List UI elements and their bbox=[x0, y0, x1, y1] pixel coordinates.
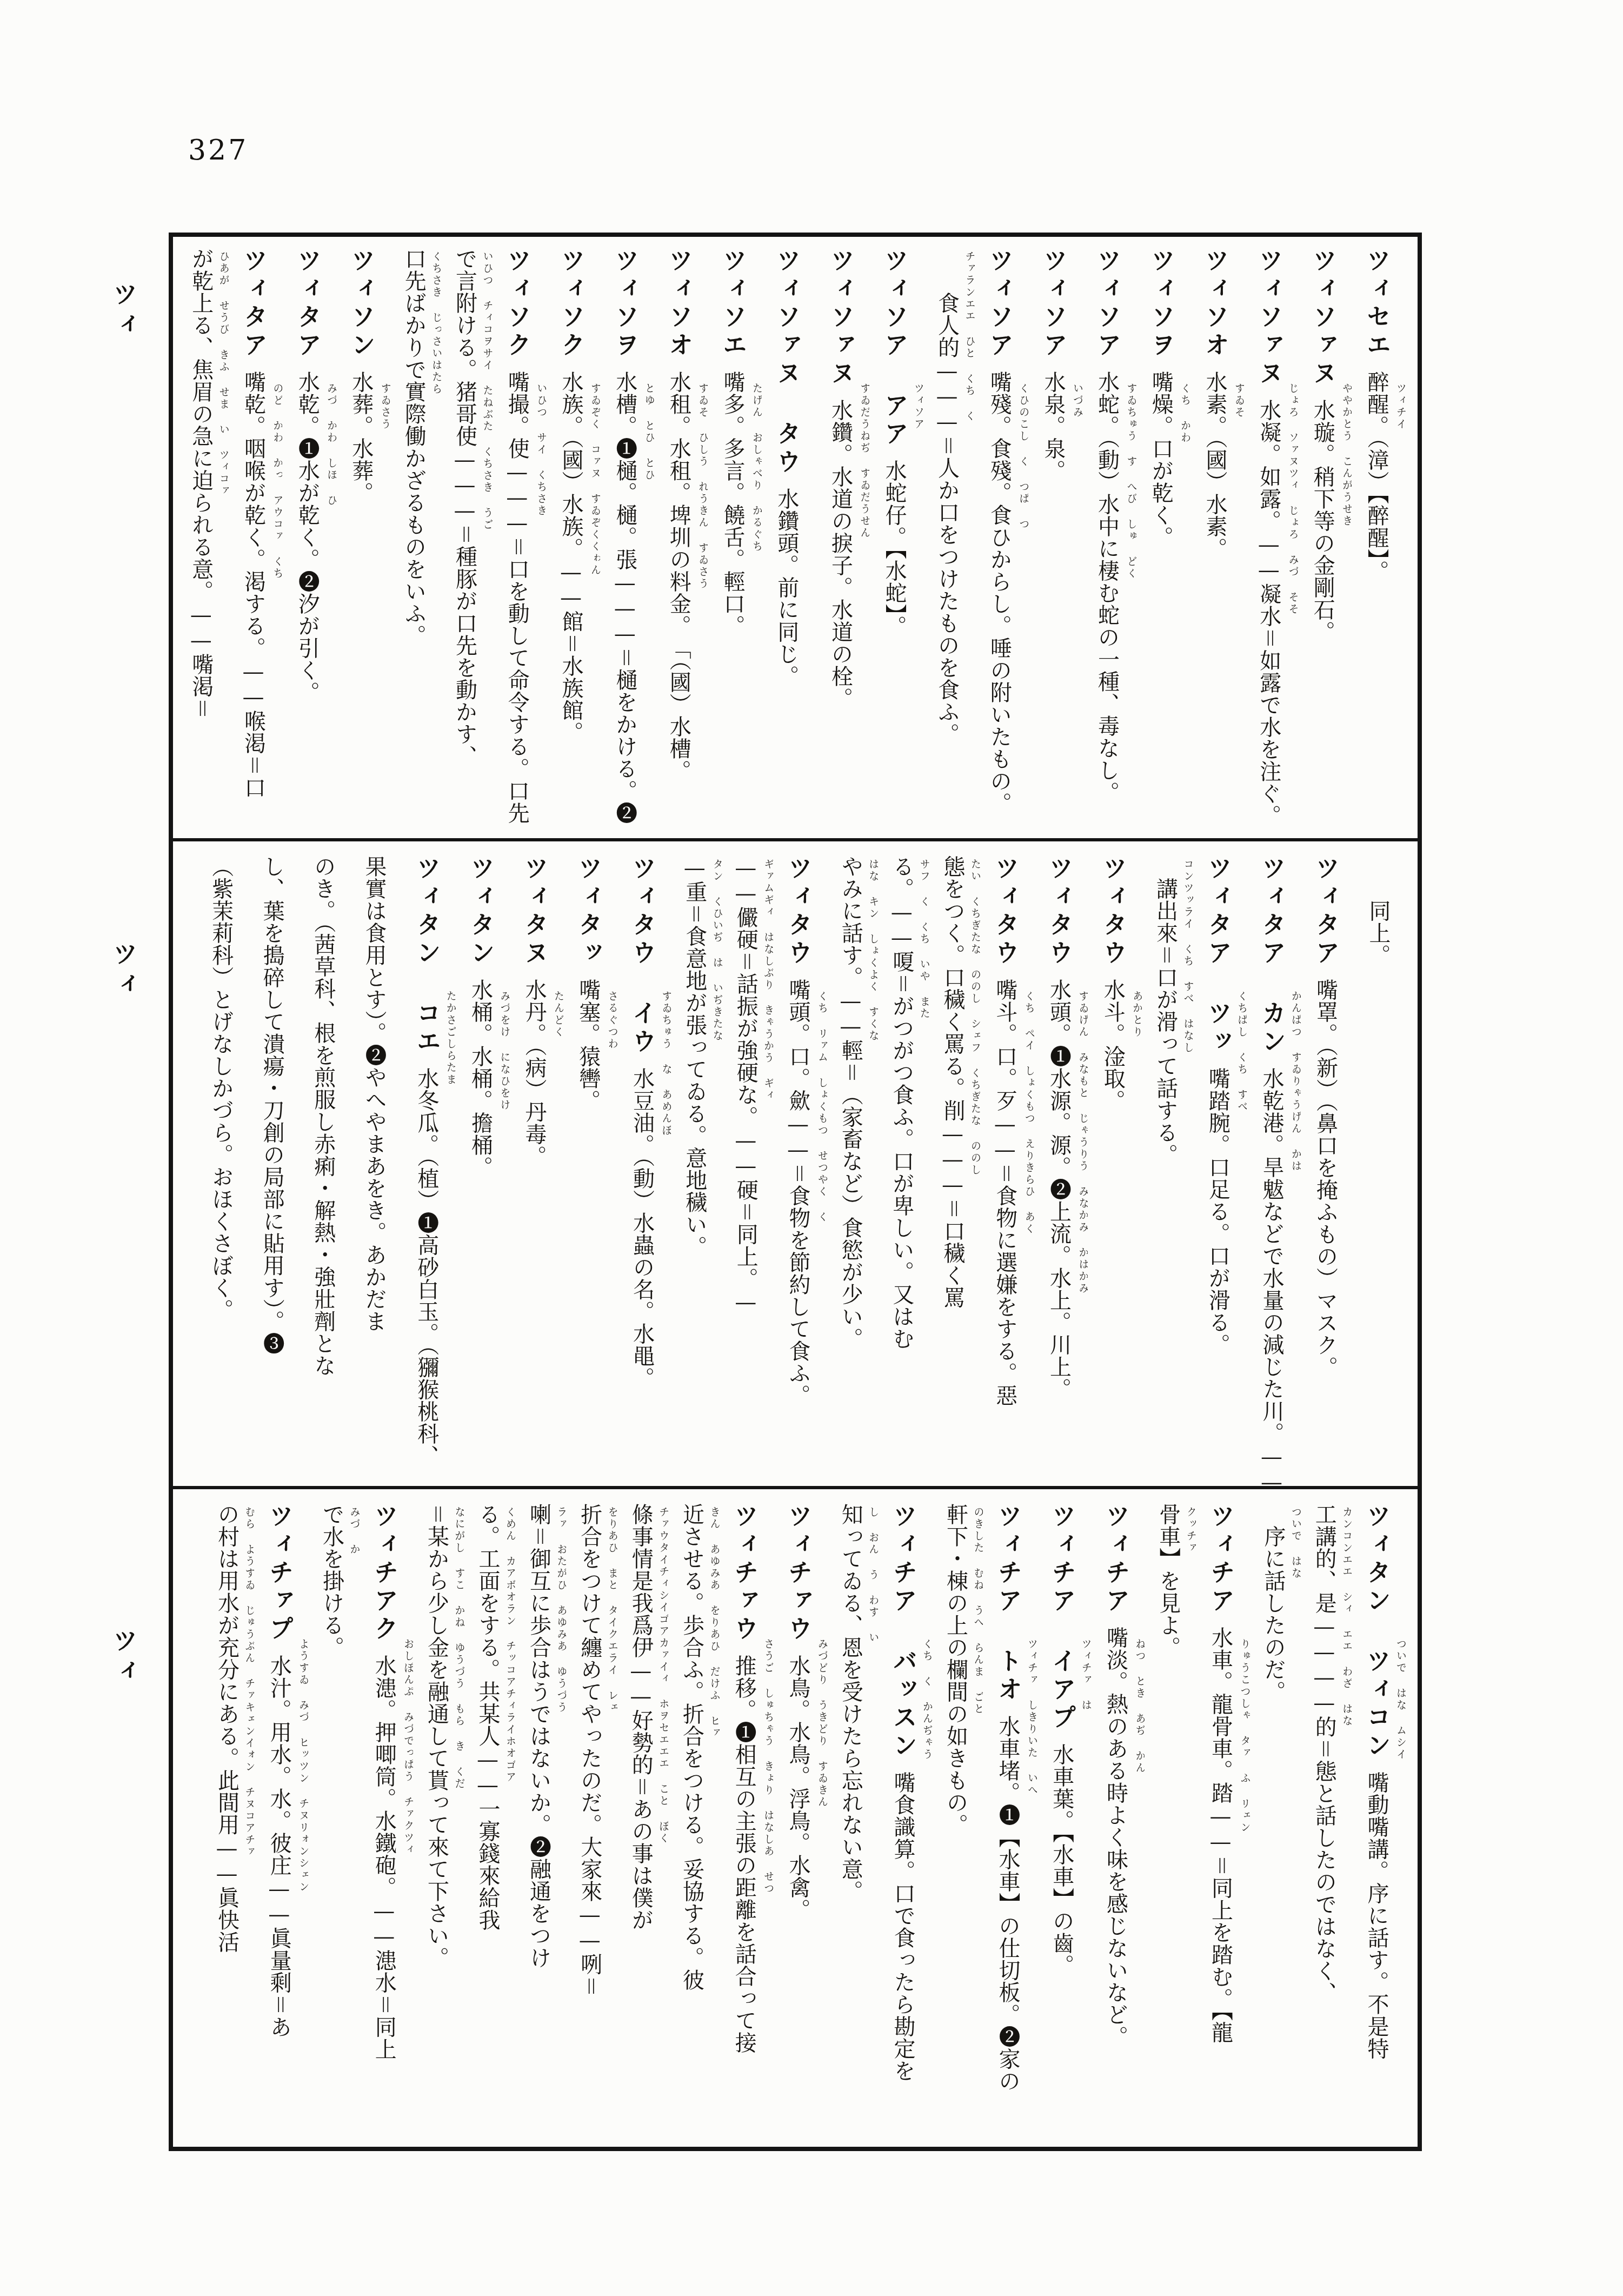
definition-text: 知ってゐる、恩を受けたら忘れない意。 bbox=[838, 1503, 863, 1902]
definition-text: 食人的———＝人か口をつけたものを食ふ。 bbox=[935, 248, 960, 745]
entry-column: クッチァ骨車】を見よ。 bbox=[1156, 1503, 1193, 2136]
definition-text: 工講的、是————的＝態と話したのではなく、 bbox=[1312, 1503, 1336, 2004]
furigana-ruby: いづみ bbox=[1072, 383, 1082, 419]
furigana-ruby: さうご しゅちゃう きょり はなしあ せつ bbox=[763, 1638, 773, 1895]
furigana-ruby: すゐちゅう す へび しゅ どく bbox=[1126, 383, 1136, 580]
definition-text: 水鳥。水鳥。浮鳥。水禽。 bbox=[786, 1655, 810, 1921]
furigana-ruby: はな キン しょくよく すくな bbox=[868, 859, 878, 1042]
definition-text: 水素。（國）水素。 bbox=[1202, 371, 1227, 560]
definition-text: 水乾港。旱魃などで水量の減じた川。——— bbox=[1259, 1067, 1284, 1489]
furigana-ruby: きん あゆみあ をりあひ だけふ ヒァ bbox=[709, 1507, 720, 1739]
furigana-ruby: カンコンエエ シィ エエ わざ はな bbox=[1341, 1507, 1352, 1727]
entry-column: たかさごしらたまツィタン コエ水冬瓜。（植）❶高砂白玉。（獼猴桃科、 bbox=[414, 855, 454, 1475]
furigana-ruby: とゆ とひ とひ bbox=[644, 383, 654, 481]
furigana-ruby: かんばつ すゐりゃうげん かは bbox=[1291, 991, 1301, 1172]
entry-column: ついで はな ムシイツィタン ツィコン嘴動嘴講。序に話す。不是特 bbox=[1363, 1503, 1404, 2136]
definition-text: 水丹。（病）丹毒。 bbox=[522, 979, 547, 1167]
headword-kana: ツィタウ bbox=[784, 855, 813, 968]
definition-text: 嘴塞。猿轡。 bbox=[576, 979, 601, 1112]
definition-text: 水蛇。（動）水中に棲む蛇の一種、毒なし。 bbox=[1095, 371, 1120, 804]
furigana-ruby: のど かわ かっ アウコァ くち bbox=[272, 383, 282, 580]
entry-column: のきした むね うへ らんま ごと軒下・棟の上の欄間の如きもの。 bbox=[944, 1503, 981, 2136]
definition-text: 水頭。❶水源。源。❷上流。水上。川上。 bbox=[1046, 979, 1071, 1400]
furigana-ruby: チァウタイチィシイゴアカァイィ ホヲセエエエ こと ぼく bbox=[658, 1507, 668, 1844]
definition-text: 果實は食用とす）。❷やへやまあをき。あかだま bbox=[362, 855, 387, 1332]
definition-text: 水葬。水葬。 bbox=[349, 371, 374, 504]
furigana-ruby: あかとり bbox=[1132, 991, 1142, 1038]
headword-kana: ツィソア アア bbox=[880, 248, 909, 449]
headword-kana: ツィタッ bbox=[574, 855, 603, 968]
definition-text: 講出來＝口が滑って話する。 bbox=[1153, 855, 1178, 1166]
furigana-ruby: ややかとう こんがうせき bbox=[1341, 383, 1352, 527]
definition-text: 同上。 bbox=[1366, 855, 1391, 966]
headword-kana: ツィソァヌ タウ bbox=[773, 248, 801, 477]
furigana-ruby: たかさごしらたま bbox=[445, 991, 456, 1086]
entry-column: あかとりツィタウ水斗。淦取。 bbox=[1100, 855, 1140, 1475]
definition-text: 軒下・棟の上の欄間の如きもの。 bbox=[943, 1503, 968, 1836]
entry-column: ツィソアツィソア アア水蛇仔。【水蛇】。 bbox=[881, 248, 921, 827]
headword-kana: ツィタア bbox=[239, 248, 268, 360]
headword-kana: ツィソオ bbox=[664, 248, 693, 360]
entry-column: し、葉を搗碎して潰瘍・刀創の局部に貼用す）。❸ bbox=[261, 855, 297, 1475]
entry-column: チァランエエ ひと くち く 食人的———＝人か口をつけたものを食ふ。 bbox=[935, 248, 972, 827]
definition-text: 嘴動嘴講。序に話す。不是特 bbox=[1364, 1771, 1389, 2060]
headword-kana: ツィタヌ bbox=[520, 855, 549, 968]
furigana-ruby: ツィチァ は bbox=[1081, 1638, 1091, 1711]
definition-text: 嘴乾。咽喉が乾く。渇する。——喉渇＝口 bbox=[241, 371, 265, 799]
definition-text: 水乾。❶水が乾く。❷汐が引く。 bbox=[295, 371, 320, 704]
headword-kana: ツィソヲ bbox=[1147, 248, 1175, 360]
definition-text: 水槽。❶樋。樋。張———＝樋をかける。❷ bbox=[613, 371, 637, 824]
furigana-ruby: ついで はな ムシイ bbox=[1395, 1638, 1406, 1761]
headword-kana: ツィソオ bbox=[1201, 248, 1229, 360]
definition-text: 骨車】を見よ。 bbox=[1156, 1503, 1181, 1658]
entry-column: くち リァム しょくもつ せつやく くツィタウ嘴頭。口。歛——＝食物を節約して食… bbox=[785, 855, 825, 1475]
entry-column: いひつ サイ くちさきツィソク嘴撮。使———＝口を動して命令する。口先 bbox=[504, 248, 544, 827]
definition-text: で言附ける。猪哥使———＝種豚が口先を動かす、 bbox=[453, 248, 477, 767]
definition-text: 口先ばかりで實際働かざるものをいふ。 bbox=[401, 248, 426, 647]
headword-kana: ツィタウ bbox=[1099, 855, 1127, 968]
entry-column: たげん おしゃべり かるぐちツィソエ嘴多。多言。饒舌。輕口。 bbox=[720, 248, 760, 827]
definition-text: 水鑽。水道の捩子。水道の栓。 bbox=[828, 399, 853, 709]
furigana-ruby: すゐだうねぢ すゐだうせん bbox=[859, 383, 869, 539]
definition-text: （紫茉莉科）とげなしかづら。おほくさぼく。 bbox=[209, 855, 234, 1321]
entry-column: いひつ チィコヲサイ たねぶた くちさき うごで言附ける。猪哥使———＝種豚が口… bbox=[453, 248, 490, 827]
entry-column: はな キン しょくよく すくなやみに話す。——輕＝（家畜など）食慾が少い。 bbox=[839, 855, 876, 1475]
definition-text: 折合をつけて纏めてやったのだ。大家來——咧＝ bbox=[577, 1503, 602, 1998]
definition-text: 水車葉。【水車】の齒。 bbox=[1049, 1743, 1074, 1976]
headword-kana: ツィタウ bbox=[1045, 855, 1073, 968]
definition-text: が乾上る、焦眉の急に迫られる意。——嘴渇＝ bbox=[189, 248, 214, 720]
headword-kana: ツィチァウ bbox=[784, 1503, 813, 1644]
entry-column: 果實は食用とす）。❷やへやまあをき。あかだま bbox=[363, 855, 400, 1475]
headword-kana: ツィチア トオ bbox=[994, 1503, 1022, 1704]
furigana-ruby: をりあひ まと タイクエライ レェ bbox=[607, 1507, 617, 1714]
entry-column: のき。（茜草科、根を煎服し赤痢・解熱・強壯劑とな bbox=[311, 855, 348, 1475]
furigana-ruby: ツィソア bbox=[913, 383, 923, 430]
headword-kana: ツィソァヌ bbox=[1308, 248, 1337, 388]
furigana-ruby: のきした むね うへ らんま ごと bbox=[973, 1507, 983, 1715]
definition-text: ——儼硬＝話振が強硬な。——硬＝同上。— bbox=[733, 855, 758, 1315]
definition-text: —重＝食意地が張ってゐる。意地穢い。 bbox=[682, 855, 707, 1258]
furigana-ruby: なにがし すこ かね ゆうづう もら き くだ bbox=[454, 1507, 464, 1790]
furigana-ruby: じょろ ソァヌツィ じょろ みづ そそ bbox=[1288, 383, 1298, 615]
furigana-ruby: むら ようすゐ じゅうぶん チァキェンイォン チヌコアチァ bbox=[244, 1507, 254, 1858]
entry-column: くちばし くち すべツィタア ツッ嘴踏腕。口足る。口が滑る。 bbox=[1205, 855, 1245, 1475]
definition-text: 推移。❶相互の主張の距離を話合って接 bbox=[731, 1655, 756, 2054]
furigana-ruby: ラァ おたがひ あゆみあ ゆうづう bbox=[556, 1507, 566, 1714]
furigana-ruby: いひつ チィコヲサイ たねぶた くちさき うご bbox=[482, 251, 493, 531]
headword-kana: ツィタア bbox=[293, 248, 322, 360]
entry-column: すゐだうねぢ すゐだうせんツィソァヌ水鑽。水道の捩子。水道の栓。 bbox=[828, 248, 868, 827]
entry-column: くめん カアボオラン チッコアチィライホオゴアる。工面をする。共某人——一寡錢來… bbox=[476, 1503, 513, 2136]
entry-column: チァウタイチィシイゴアカァイィ ホヲセエエエ こと ぼく條事情是我爲伊——好勢的… bbox=[629, 1503, 666, 2136]
entry-column: くちさき じっさいはたら口先ばかりで實際働かざるものをいふ。 bbox=[402, 248, 439, 827]
definition-text: 嘴淡。熱のある時よく味を感じないなど。 bbox=[1103, 1627, 1128, 2048]
entry-column: すゐぞく コァヌ すゐぞくくゎんツィソク水族。（國）水族。——館＝水族館。 bbox=[558, 248, 598, 827]
entry-column: し おん う わす い知ってゐる、恩を受けたら忘れない意。 bbox=[839, 1503, 876, 2136]
dictionary-band-top: ツィチイツィセエ醉醒。（漳）【醉醒】。ややかとう こんがうせきツィソァヌ水璇。稍… bbox=[173, 237, 1418, 841]
headword-kana: ツィタン ツィコン bbox=[1362, 1503, 1391, 1761]
entry-column: くひのこし く つば つツィソア嘴殘。食殘。食ひからし。唾の附いたもの。 bbox=[987, 248, 1027, 827]
headword-kana: ツィソア bbox=[1093, 248, 1122, 360]
headword-kana: ツィソア bbox=[985, 248, 1014, 360]
furigana-ruby: たい くちぎたな ののし シェフ くちぎたな ののし bbox=[970, 859, 980, 1176]
entry-column: ツィタア嘴罩。（新）（鼻口を掩ふもの）マスク。 bbox=[1313, 855, 1353, 1475]
margin-guide-label: ツィ bbox=[106, 1628, 142, 1688]
headword-kana: ツィチァウ bbox=[730, 1503, 759, 1644]
headword-kana: ツィタア カン bbox=[1258, 855, 1286, 1057]
entry-column: ラァ おたがひ あゆみあ ゆうづう喇＝御互に歩合はうではないか。❷融通をつけ bbox=[527, 1503, 564, 2136]
furigana-ruby: ツィチァ しきりいた いへ bbox=[1027, 1638, 1037, 1796]
entry-column: カンコンエエ シィ エエ わざ はな工講的、是————的＝態と話したのではなく、 bbox=[1313, 1503, 1349, 2136]
entry-column: じょろ ソァヌツィ じょろ みづ そそツィソァヌ水凝。如露。——凝水＝如露で水を… bbox=[1256, 248, 1296, 827]
entry-column: ツィソァヌ タウ水鑽頭。前に同じ。 bbox=[774, 248, 814, 827]
entry-column: ややかとう こんがうせきツィソァヌ水璇。稍下等の金剛石。 bbox=[1310, 248, 1350, 827]
headword-kana: ツィタウ bbox=[991, 855, 1020, 968]
definition-text: 水璇。稍下等の金剛石。 bbox=[1310, 399, 1335, 643]
definition-text: る。工面をする。共某人——一寡錢來給我 bbox=[475, 1503, 500, 1931]
furigana-ruby: くち く かんぢゃう bbox=[922, 1638, 932, 1761]
definition-text: 條事情是我爲伊——好勢的＝あの事は僕が bbox=[628, 1503, 653, 1931]
entry-column: すゐそツィソオ水素。（國）水素。 bbox=[1202, 248, 1242, 827]
dictionary-band-middle: 同上。ツィタア嘴罩。（新）（鼻口を掩ふもの）マスク。かんばつ すゐりゃうげん か… bbox=[173, 845, 1418, 1489]
entry-column: なにがし すこ かね ゆうづう もら き くだ＝某から少し金を融通して貰って來て… bbox=[425, 1503, 462, 2136]
definition-text: 嘴撮。使———＝口を動して命令する。口先 bbox=[504, 371, 529, 824]
definition-text: 嘴多。多言。饒舌。輕口。 bbox=[720, 371, 745, 637]
margin-guide-label: ツィ bbox=[106, 941, 142, 1001]
definition-text: のき。（茜草科、根を煎服し赤痢・解熱・強壯劑とな bbox=[311, 855, 336, 1377]
entry-column: をりあひ まと タイクエライ レェ折合をつけて纏めてやったのだ。大家來——咧＝ bbox=[578, 1503, 615, 2136]
headword-kana: ツィタン bbox=[466, 855, 495, 968]
definition-text: 水車堵。❶【水車】の仕切板。❷家の bbox=[995, 1715, 1020, 2092]
definition-text: 嘴食識算。口で食ったら勘定を bbox=[890, 1771, 915, 2082]
entry-column: みづをけ になひをけツィタン水桶。水桶。擔桶。 bbox=[468, 855, 508, 1475]
definition-text: 水斗。淦取。 bbox=[1100, 979, 1125, 1112]
furigana-ruby: くひのこし く つば つ bbox=[1018, 383, 1028, 530]
entry-column: りゅうこつしゃ タァ ふ リェンツィチア水車。龍骨車。踏——＝同上を踏む。【龍 bbox=[1208, 1503, 1248, 2136]
headword-kana: ツィチア バッスン bbox=[889, 1503, 917, 1761]
definition-text: 水蛇仔。【水蛇】。 bbox=[882, 460, 907, 638]
furigana-ruby: すゐさう bbox=[380, 383, 390, 430]
page-frame: ツィチイツィセエ醉醒。（漳）【醉醒】。ややかとう こんがうせきツィソァヌ水璇。稍… bbox=[169, 233, 1422, 2151]
furigana-ruby: し おん う わす い bbox=[868, 1507, 878, 1644]
furigana-ruby: すゐぞく コァヌ すゐぞくくゎん bbox=[590, 383, 600, 576]
furigana-ruby: すゐそ bbox=[1234, 383, 1244, 419]
furigana-ruby: いひつ サイ くちさき bbox=[536, 383, 546, 517]
furigana-ruby: ギァムギィ はなしぶり きゃうかう ギィ bbox=[763, 859, 773, 1101]
definition-text: 水族。（國）水族。——館＝水族館。 bbox=[558, 371, 583, 744]
definition-text: 態をつく。口穢く罵る。削———＝口穢く罵 bbox=[940, 855, 965, 1309]
entry-column: すゐちゅう す へび しゅ どくツィソア水蛇。（動）水中に棲む蛇の一種、毒なし。 bbox=[1094, 248, 1134, 827]
definition-text: 水汁。用水。水。彼庄——眞量剩＝あ bbox=[267, 1655, 291, 2038]
entry-column: ツィチァ はツィチア イアプ水車葉。【水車】の齒。 bbox=[1049, 1503, 1089, 2136]
definition-text: やみに話す。——輕＝（家畜など）食慾が少い。 bbox=[838, 855, 863, 1350]
entry-column: みづどり うきどり すゐきんツィチァウ水鳥。水鳥。浮鳥。水禽。 bbox=[785, 1503, 825, 2136]
entry-column: のど かわ かっ アウコァ くちツィタア嘴乾。咽喉が乾く。渇する。——喉渇＝口 bbox=[241, 248, 281, 827]
entry-column: くち かわツィソヲ嘴燥。口が乾く。 bbox=[1148, 248, 1188, 827]
entry-column: ギァムギィ はなしぶり きゃうかう ギィ——儼硬＝話振が強硬な。——硬＝同上。— bbox=[734, 855, 771, 1475]
headword-kana: ツィソヲ bbox=[611, 248, 640, 360]
furigana-ruby: おしぽんぷ みづでっぱう チァクツィ bbox=[403, 1638, 413, 1856]
entry-column: ツィチイツィセエ醉醒。（漳）【醉醒】。 bbox=[1363, 248, 1404, 827]
definition-text: 嘴殘。食殘。食ひからし。唾の附いたもの。 bbox=[987, 371, 1012, 814]
definition-text: 水租。水租。埤圳の料金。 「（國）水槽。 bbox=[666, 371, 691, 782]
definition-text: 水豆油。（動）水蟲の名。水黽。 bbox=[629, 1067, 654, 1389]
furigana-ruby: みづをけ になひをけ bbox=[499, 991, 509, 1111]
furigana-ruby: たげん おしゃべり かるぐち bbox=[751, 383, 762, 553]
definition-text: 水鑽頭。前に同じ。 bbox=[774, 488, 799, 687]
headword-kana: ツィソァヌ bbox=[826, 248, 855, 388]
definition-text: る。——嗄＝がつがつ食ふ。口が卑しい。又はむ bbox=[889, 855, 914, 1350]
entry-column: （紫茉莉科）とげなしかづら。おほくさぼく。 bbox=[209, 855, 246, 1475]
definition-text: 水凝。如露。——凝水＝如露で水を注ぐ。 bbox=[1256, 399, 1281, 827]
definition-text: 嘴罩。（新）（鼻口を掩ふもの）マスク。 bbox=[1313, 979, 1338, 1378]
entry-column: さるぐつわツィタッ嘴塞。猿轡。 bbox=[575, 855, 615, 1475]
headword-kana: ツィタウ イウ bbox=[628, 855, 656, 1057]
furigana-ruby: さるぐつわ bbox=[607, 991, 617, 1050]
furigana-ruby: ようすゐ みづ ヒッツン チヌリォンシェン bbox=[298, 1638, 308, 1893]
entry-column: すゐちゅう な あめんぼツィタウ イウ水豆油。（動）水蟲の名。水黽。 bbox=[629, 855, 669, 1475]
furigana-ruby: くち かわ bbox=[1180, 383, 1190, 444]
entry-column: ようすゐ みづ ヒッツン チヌリォンシェンツィチァプ水汁。用水。水。彼庄——眞量… bbox=[266, 1503, 306, 2136]
entry-column: たい くちぎたな ののし シェフ くちぎたな ののし態をつく。口穢く罵る。削——… bbox=[941, 855, 978, 1475]
entry-column: コンツッライ くち すべ はなし 講出來＝口が滑って話する。 bbox=[1154, 855, 1190, 1475]
headword-kana: ツィチア イアプ bbox=[1048, 1503, 1076, 1733]
entry-column: いづみツィソア水泉。泉。 bbox=[1040, 248, 1080, 827]
headword-kana: ツィチア bbox=[1101, 1503, 1130, 1616]
furigana-ruby: くめん カアボオラン チッコアチィライホオゴア bbox=[505, 1507, 515, 1783]
entry-column: みづ かわ しほ ひツィタア水乾。❶水が乾く。❷汐が引く。 bbox=[294, 248, 334, 827]
definition-text: の村は用水が充分にある。此間用——眞快活 bbox=[214, 1503, 239, 1953]
headword-kana: ツィチァプ bbox=[265, 1503, 294, 1644]
definition-text: 嘴頭。口。歛——＝食物を節約して食ふ。 bbox=[786, 979, 810, 1406]
furigana-ruby: ひあが せうび きふ せま い ツィコァ bbox=[218, 251, 229, 497]
entry-column: くち ペイ しょくもつ えりきらひ あくツィタウ嘴斗。口。歹——＝食物に選嫌をす… bbox=[992, 855, 1032, 1475]
dictionary-band-bottom: ついで はな ムシイツィタン ツィコン嘴動嘴講。序に話す。不是特カンコンエエ シ… bbox=[173, 1492, 1418, 2147]
entry-column: とゆ とひ とひツィソヲ水槽。❶樋。樋。張———＝樋をかける。❷ bbox=[612, 248, 652, 827]
definition-text: 水泉。泉。 bbox=[1041, 371, 1066, 482]
definition-text: 水車。龍骨車。踏——＝同上を踏む。【龍 bbox=[1208, 1627, 1233, 2043]
furigana-ruby: コンツッライ くち すべ はなし bbox=[1183, 859, 1193, 1054]
definition-text: 嘴踏腕。口足る。口が滑る。 bbox=[1205, 1067, 1230, 1356]
furigana-ruby: くちさき じっさいはたら bbox=[431, 251, 441, 395]
headword-kana: ツィソァヌ bbox=[1255, 248, 1283, 388]
headword-kana: ツィタン コエ bbox=[413, 855, 441, 1057]
definition-text: ＝某から少し金を融通して貰って來て下さい。 bbox=[424, 1503, 449, 1969]
headword-kana: ツィソエ bbox=[719, 248, 747, 360]
margin-guide-label: ツィ bbox=[106, 281, 142, 342]
furigana-ruby: すゐげん みなもと じゃうりう みなかみ かはかみ bbox=[1077, 991, 1088, 1295]
furigana-ruby: ついで はな bbox=[1291, 1507, 1301, 1580]
definition-text: 嘴斗。口。歹——＝食物に選嫌をする。惡 bbox=[993, 979, 1017, 1406]
furigana-ruby: りゅうこつしゃ タァ ふ リェン bbox=[1240, 1638, 1250, 1834]
definition-text: 喇＝御互に歩合はうではないか。❷融通をつけ bbox=[526, 1503, 551, 1969]
definition-text: 水漶。押唧筒。水鐵砲。——漶水＝同上 bbox=[371, 1655, 396, 2060]
furigana-ruby: くちばし くち すべ bbox=[1236, 991, 1247, 1113]
furigana-ruby: くち ペイ しょくもつ えりきらひ あく bbox=[1024, 991, 1034, 1235]
entry-column: さうご しゅちゃう きょり はなしあ せつツィチァウ推移。❶相互の主張の距離を話… bbox=[731, 1503, 771, 2136]
page-number: 327 bbox=[188, 134, 248, 167]
furigana-ruby: くち リァム しょくもつ せつやく く bbox=[817, 991, 827, 1223]
entry-column: くち く かんぢゃうツィチア バッスン嘴食識算。口で食ったら勘定を bbox=[890, 1503, 930, 2136]
headword-kana: ツィソク bbox=[557, 248, 586, 360]
furigana-ruby: みづ か bbox=[349, 1507, 360, 1556]
headword-kana: ツィセエ bbox=[1362, 248, 1391, 360]
furigana-ruby: みづどり うきどり すゐきん bbox=[817, 1638, 827, 1808]
entry-column: おしぽんぷ みづでっぱう チァクツィツィチアク水漶。押唧筒。水鐵砲。——漶水＝同… bbox=[371, 1503, 411, 2136]
entry-column: ついで はな 序に話したのだ。 bbox=[1262, 1503, 1299, 2136]
furigana-ruby: ねつ とき あぢ かん bbox=[1134, 1638, 1145, 1774]
entry-column: かんばつ すゐりゃうげん かはツィタア カン水乾港。旱魃などで水量の減じた川。—… bbox=[1259, 855, 1299, 1475]
entry-column: 同上。 bbox=[1367, 855, 1404, 1475]
definition-text: 水冬瓜。（植）❶高砂白玉。（獼猴桃科、 bbox=[414, 1067, 439, 1467]
furigana-ruby: ツィチイ bbox=[1395, 383, 1406, 430]
headword-kana: ツィタア bbox=[1312, 855, 1340, 968]
headword-kana: ツィチアク bbox=[370, 1503, 398, 1644]
entry-column: ねつ とき あぢ かんツィチア嘴淡。熱のある時よく味を感じないなど。 bbox=[1103, 1503, 1143, 2136]
furigana-ruby: すゐそ ひしう れうきん すゐさう bbox=[697, 383, 708, 590]
entry-column: ひあが せうび きふ せま い ツィコァが乾上る、焦眉の急に迫られる意。——嘴渇… bbox=[189, 248, 226, 827]
entry-column: すゐげん みなもと じゃうりう みなかみ かはかみツィタウ水頭。❶水源。源。❷上… bbox=[1046, 855, 1086, 1475]
furigana-ruby: チァランエエ ひと くち く bbox=[965, 251, 975, 422]
definition-text: し、葉を搗碎して潰瘍・刀創の局部に貼用す）。❸ bbox=[260, 855, 284, 1355]
definition-text: で水を掛ける。 bbox=[320, 1503, 344, 1658]
entry-column: すゐそ ひしう れうきん すゐさうツィソオ水租。水租。埤圳の料金。 「（國）水槽… bbox=[666, 248, 706, 827]
definition-text: 序に話したのだ。 bbox=[1261, 1503, 1286, 1703]
headword-kana: ツィソク bbox=[503, 248, 531, 360]
headword-kana: ツィソア bbox=[1039, 248, 1068, 360]
furigana-ruby: クッチァ bbox=[1186, 1507, 1196, 1554]
definition-text: 醉醒。（漳）【醉醒】。 bbox=[1364, 371, 1389, 582]
entry-column: ツィチァ しきりいた いへツィチア トオ水車堵。❶【水車】の仕切板。❷家の bbox=[995, 1503, 1035, 2136]
furigana-ruby: すゐちゅう な あめんぼ bbox=[661, 991, 671, 1137]
furigana-ruby: サフ く くち いや また bbox=[919, 859, 929, 1020]
entry-column: むら ようすゐ じゅうぶん チァキェンイォン チヌコアチァの村は用水が充分にある… bbox=[215, 1503, 252, 2136]
entry-column: サフ く くち いや またる。——嗄＝がつがつ食ふ。口が卑しい。又はむ bbox=[890, 855, 927, 1475]
definition-text: 水桶。水桶。擔桶。 bbox=[468, 979, 493, 1178]
definition-text: 近させる。歩合ふ。折合をつける。妥協する。彼 bbox=[680, 1503, 704, 1991]
entry-column: きん あゆみあ をりあひ だけふ ヒァ近させる。歩合ふ。折合をつける。妥協する。… bbox=[680, 1503, 717, 2136]
dictionary-page-scan: 327 ツィ ツィ ツィ ツィチイツィセエ醉醒。（漳）【醉醒】。ややかとう こん… bbox=[0, 0, 1623, 2296]
furigana-ruby: みづ かわ しほ ひ bbox=[326, 383, 336, 507]
entry-column: みづ かで水を掛ける。 bbox=[320, 1503, 357, 2136]
headword-kana: ツィソン bbox=[347, 248, 376, 360]
headword-kana: ツィチア bbox=[1207, 1503, 1235, 1616]
entry-column: タン くひいぢ は いぢきたな—重＝食意地が張ってゐる。意地穢い。 bbox=[683, 855, 720, 1475]
entry-column: たんどくツィタヌ水丹。（病）丹毒。 bbox=[521, 855, 561, 1475]
definition-text: 嘴燥。口が乾く。 bbox=[1148, 371, 1173, 548]
headword-kana: ツィタア ツッ bbox=[1203, 855, 1232, 1057]
entry-column: すゐさうツィソン水葬。水葬。 bbox=[348, 248, 388, 827]
furigana-ruby: たんどく bbox=[553, 991, 563, 1038]
furigana-ruby: タン くひいぢ は いぢきたな bbox=[712, 859, 722, 1042]
